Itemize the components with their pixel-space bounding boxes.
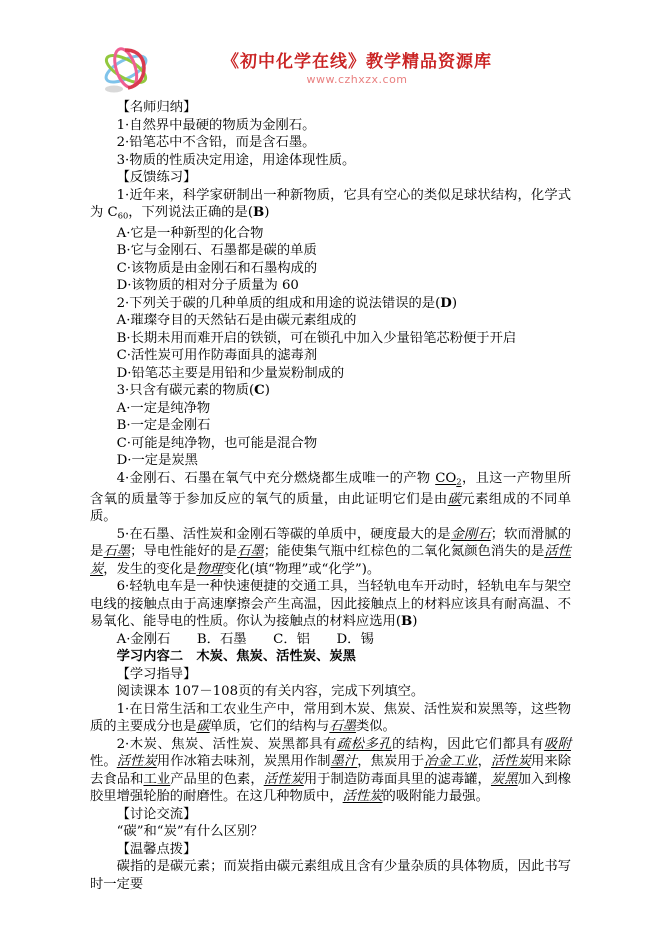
paragraph: 3·只含有碳元素的物质(C) — [90, 382, 571, 400]
text-run: 石墨 — [103, 544, 130, 559]
paragraph: 1·在日常生活和工农业生产中，常用到木炭、焦炭、活性炭和炭黑等，这些物质的主要成… — [90, 701, 571, 736]
paragraph: D·一定是炭黑 — [90, 452, 571, 470]
text-run: 3·物质的性质决定用途，用途体现性质。 — [117, 153, 356, 168]
text-run: 的结构，因此它们都具有 — [392, 737, 544, 752]
text-run: 用作冰箱去味剂，炭黑用作制 — [157, 754, 331, 769]
text-run: 炭黑 — [491, 772, 518, 787]
text-run: 3·只含有碳元素的物质( — [117, 383, 255, 398]
paragraph: 6·轻轨电车是一种快速便捷的交通工具，当轻轨电车开动时，轻轨电车与架空电线的接触… — [90, 578, 571, 631]
text-run: 学习内容二 木炭、焦炭、活性炭、炭黑 — [117, 649, 356, 664]
text-run: 活性炭 — [264, 772, 304, 787]
text-run: D·该物质的相对分子质量为 60 — [117, 278, 299, 293]
text-run: 6·轻轨电车是一种快速便捷的交通工具，当轻轨电车开动时，轻轨电车与架空电线的接触… — [90, 579, 571, 629]
paragraph: A·璀璨夺目的天然钻石是由碳元素组成的 — [90, 312, 571, 330]
text-run: 2·铅笔芯中不含铅，而是含石墨。 — [117, 135, 316, 150]
text-run: 活性炭 — [491, 754, 531, 769]
paragraph: 5·在石墨、活性炭和金刚石等碳的单质中，硬度最大的是金刚石；软而滑腻的是石墨；导… — [90, 526, 571, 579]
paragraph: 【名师归纳】 — [90, 99, 571, 117]
paragraph: 阅读课本 107－108页的有关内容，完成下列填空。 — [90, 683, 571, 701]
text-run: 石墨 — [329, 719, 356, 734]
text-run: 产品里的色素， — [170, 772, 264, 787]
paragraph: 4·金刚石、石墨在氧气中充分燃烧都生成唯一的产物 CO2，且这一产物里所含氧的质… — [90, 470, 571, 526]
text-run: 变化(填“物理”或“化学”)。 — [223, 562, 380, 577]
text-run: 的吸附能力最强。 — [383, 789, 489, 804]
text-run: ，发生的变化是 — [103, 562, 196, 577]
text-run: 【反馈练习】 — [117, 170, 197, 185]
text-run: 工业 — [143, 772, 170, 787]
text-run: A·金刚石 B．石墨 C．铝 D．锡 — [117, 632, 374, 647]
text-run: D — [440, 296, 452, 311]
document-page: 《初中化学在线》教学精品资源库 www.czhxzx.com 【名师归纳】1·自… — [0, 0, 661, 935]
text-run: 活性炭 — [343, 789, 383, 804]
paragraph: 2·铅笔芯中不含铅，而是含石墨。 — [90, 134, 571, 152]
text-run: 【名师归纳】 — [117, 100, 197, 115]
paragraph: D·该物质的相对分子质量为 60 — [90, 277, 571, 295]
text-run: ， — [478, 754, 491, 769]
paragraph: 2·下列关于碳的几种单质的组成和用途的说法错误的是(D) — [90, 295, 571, 313]
site-url: www.czhxzx.com — [154, 74, 560, 87]
text-run: A·一定是纯净物 — [117, 401, 211, 416]
text-run: 类似。 — [356, 719, 396, 734]
text-run: 碳 — [196, 719, 209, 734]
paragraph: 【温馨点拨】 — [90, 841, 571, 859]
paragraph: 2·木炭、焦炭、活性炭、炭黑都具有疏松多孔的结构，因此它们都具有吸附性。活性炭用… — [90, 736, 571, 806]
text-run: ) — [264, 205, 269, 220]
text-run: ) — [412, 614, 417, 629]
text-run: B·一定是金刚石 — [117, 418, 211, 433]
document-body: 【名师归纳】1·自然界中最硬的物质为金刚石。2·铅笔芯中不含铅，而是含石墨。3·… — [90, 99, 571, 893]
paragraph: B·一定是金刚石 — [90, 417, 571, 435]
paragraph: 【反馈练习】 — [90, 169, 571, 187]
paragraph: C·该物质是由金刚石和石墨构成的 — [90, 260, 571, 278]
text-run: ) — [452, 296, 457, 311]
text-run: ；能使集气瓶中红棕色的二氧化氮颜色消失的是 — [264, 544, 545, 559]
paragraph: 【讨论交流】 — [90, 806, 571, 824]
paragraph: C·活性炭可用作防毒面具的滤毒剂 — [90, 347, 571, 365]
text-run: 60 — [118, 210, 128, 220]
text-run: ) — [265, 383, 270, 398]
text-run: A·它是一种新型的化合物 — [117, 226, 264, 241]
banner-text-block: 《初中化学在线》教学精品资源库 www.czhxzx.com — [154, 53, 560, 87]
text-run: ，下列说法正确的是( — [128, 205, 253, 220]
site-title: 《初中化学在线》教学精品资源库 — [154, 53, 560, 73]
paragraph: 学习内容二 木炭、焦炭、活性炭、炭黑 — [90, 648, 571, 666]
text-run: B·长期未用而难开启的铁锁，可在锁孔中加入少量铅笔芯粉便于开启 — [117, 331, 517, 346]
text-run: D·铅笔芯主要是用铅和少量炭粉制成的 — [117, 366, 345, 381]
text-run: C·该物质是由金刚石和石墨构成的 — [117, 261, 318, 276]
text-run: 疏松多孔 — [337, 737, 392, 752]
site-banner: 《初中化学在线》教学精品资源库 www.czhxzx.com — [100, 44, 560, 96]
text-run: B — [401, 614, 412, 629]
text-run: 碳 — [448, 492, 462, 507]
text-run: 【讨论交流】 — [117, 807, 197, 822]
text-run: 单质，它们的结构与 — [210, 719, 330, 734]
paragraph: B·它与金刚石、石墨都是碳的单质 — [90, 242, 571, 260]
text-run: “碳”和“炭”有什么区别？ — [117, 824, 264, 839]
text-run: C·可能是纯净物，也可能是混合物 — [117, 436, 318, 451]
paragraph: 【学习指导】 — [90, 666, 571, 684]
text-run: B·它与金刚石、石墨都是碳的单质 — [117, 243, 317, 258]
paragraph: D·铅笔芯主要是用铅和少量炭粉制成的 — [90, 365, 571, 383]
text-run: ；导电性能好的是 — [130, 544, 237, 559]
paragraph: A·金刚石 B．石墨 C．铝 D．锡 — [90, 631, 571, 649]
text-run: 性。 — [90, 754, 117, 769]
paragraph: 1·自然界中最硬的物质为金刚石。 — [90, 117, 571, 135]
paragraph: C·可能是纯净物，也可能是混合物 — [90, 435, 571, 453]
text-run: 【学习指导】 — [117, 667, 197, 682]
text-run: 墨汁 — [331, 754, 358, 769]
text-run: 1·自然界中最硬的物质为金刚石。 — [117, 118, 316, 133]
text-run: 物理 — [196, 562, 223, 577]
text-run: CO — [435, 471, 456, 486]
text-run: ，焦炭用于 — [357, 754, 424, 769]
text-run: A·璀璨夺目的天然钻石是由碳元素组成的 — [117, 313, 357, 328]
text-run: 2·下列关于碳的几种单质的组成和用途的说法错误的是( — [117, 296, 441, 311]
paragraph: A·它是一种新型的化合物 — [90, 225, 571, 243]
paragraph: 1·近年来，科学家研制出一种新物质，它具有空心的类似足球状结构，化学式为 C60… — [90, 187, 571, 225]
text-run: 金刚石 — [451, 527, 491, 542]
text-run: 【温馨点拨】 — [117, 842, 197, 857]
paragraph: B·长期未用而难开启的铁锁，可在锁孔中加入少量铅笔芯粉便于开启 — [90, 330, 571, 348]
atom-logo-icon — [100, 44, 154, 96]
text-run: 阅读课本 107－108页的有关内容，完成下列填空。 — [117, 684, 425, 699]
text-run: C·活性炭可用作防毒面具的滤毒剂 — [117, 348, 318, 363]
text-run: 4·金刚石、石墨在氧气中充分燃烧都生成唯一的产物 — [117, 471, 436, 486]
paragraph: 碳指的是碳元素；而炭指由碳元素组成且含有少量杂质的具体物质，因此书写时一定要 — [90, 858, 571, 893]
text-run: D·一定是炭黑 — [117, 453, 198, 468]
text-run: 用于制造防毒面具里的滤毒罐， — [304, 772, 491, 787]
paragraph: A·一定是纯净物 — [90, 400, 571, 418]
text-run: 冶金工业 — [424, 754, 477, 769]
text-run: B — [253, 205, 264, 220]
paragraph: “碳”和“炭”有什么区别？ — [90, 823, 571, 841]
text-run: 5·在石墨、活性炭和金刚石等碳的单质中，硬度最大的是 — [117, 527, 451, 542]
text-run: 碳指的是碳元素；而炭指由碳元素组成且含有少量杂质的具体物质，因此书写时一定要 — [90, 859, 571, 892]
text-run: C — [254, 383, 265, 398]
text-run: 石墨 — [237, 544, 264, 559]
paragraph: 3·物质的性质决定用途，用途体现性质。 — [90, 152, 571, 170]
text-run: 活性炭 — [117, 754, 157, 769]
text-run: 2·木炭、焦炭、活性炭、炭黑都具有 — [117, 737, 337, 752]
text-run: 吸附 — [544, 737, 571, 752]
